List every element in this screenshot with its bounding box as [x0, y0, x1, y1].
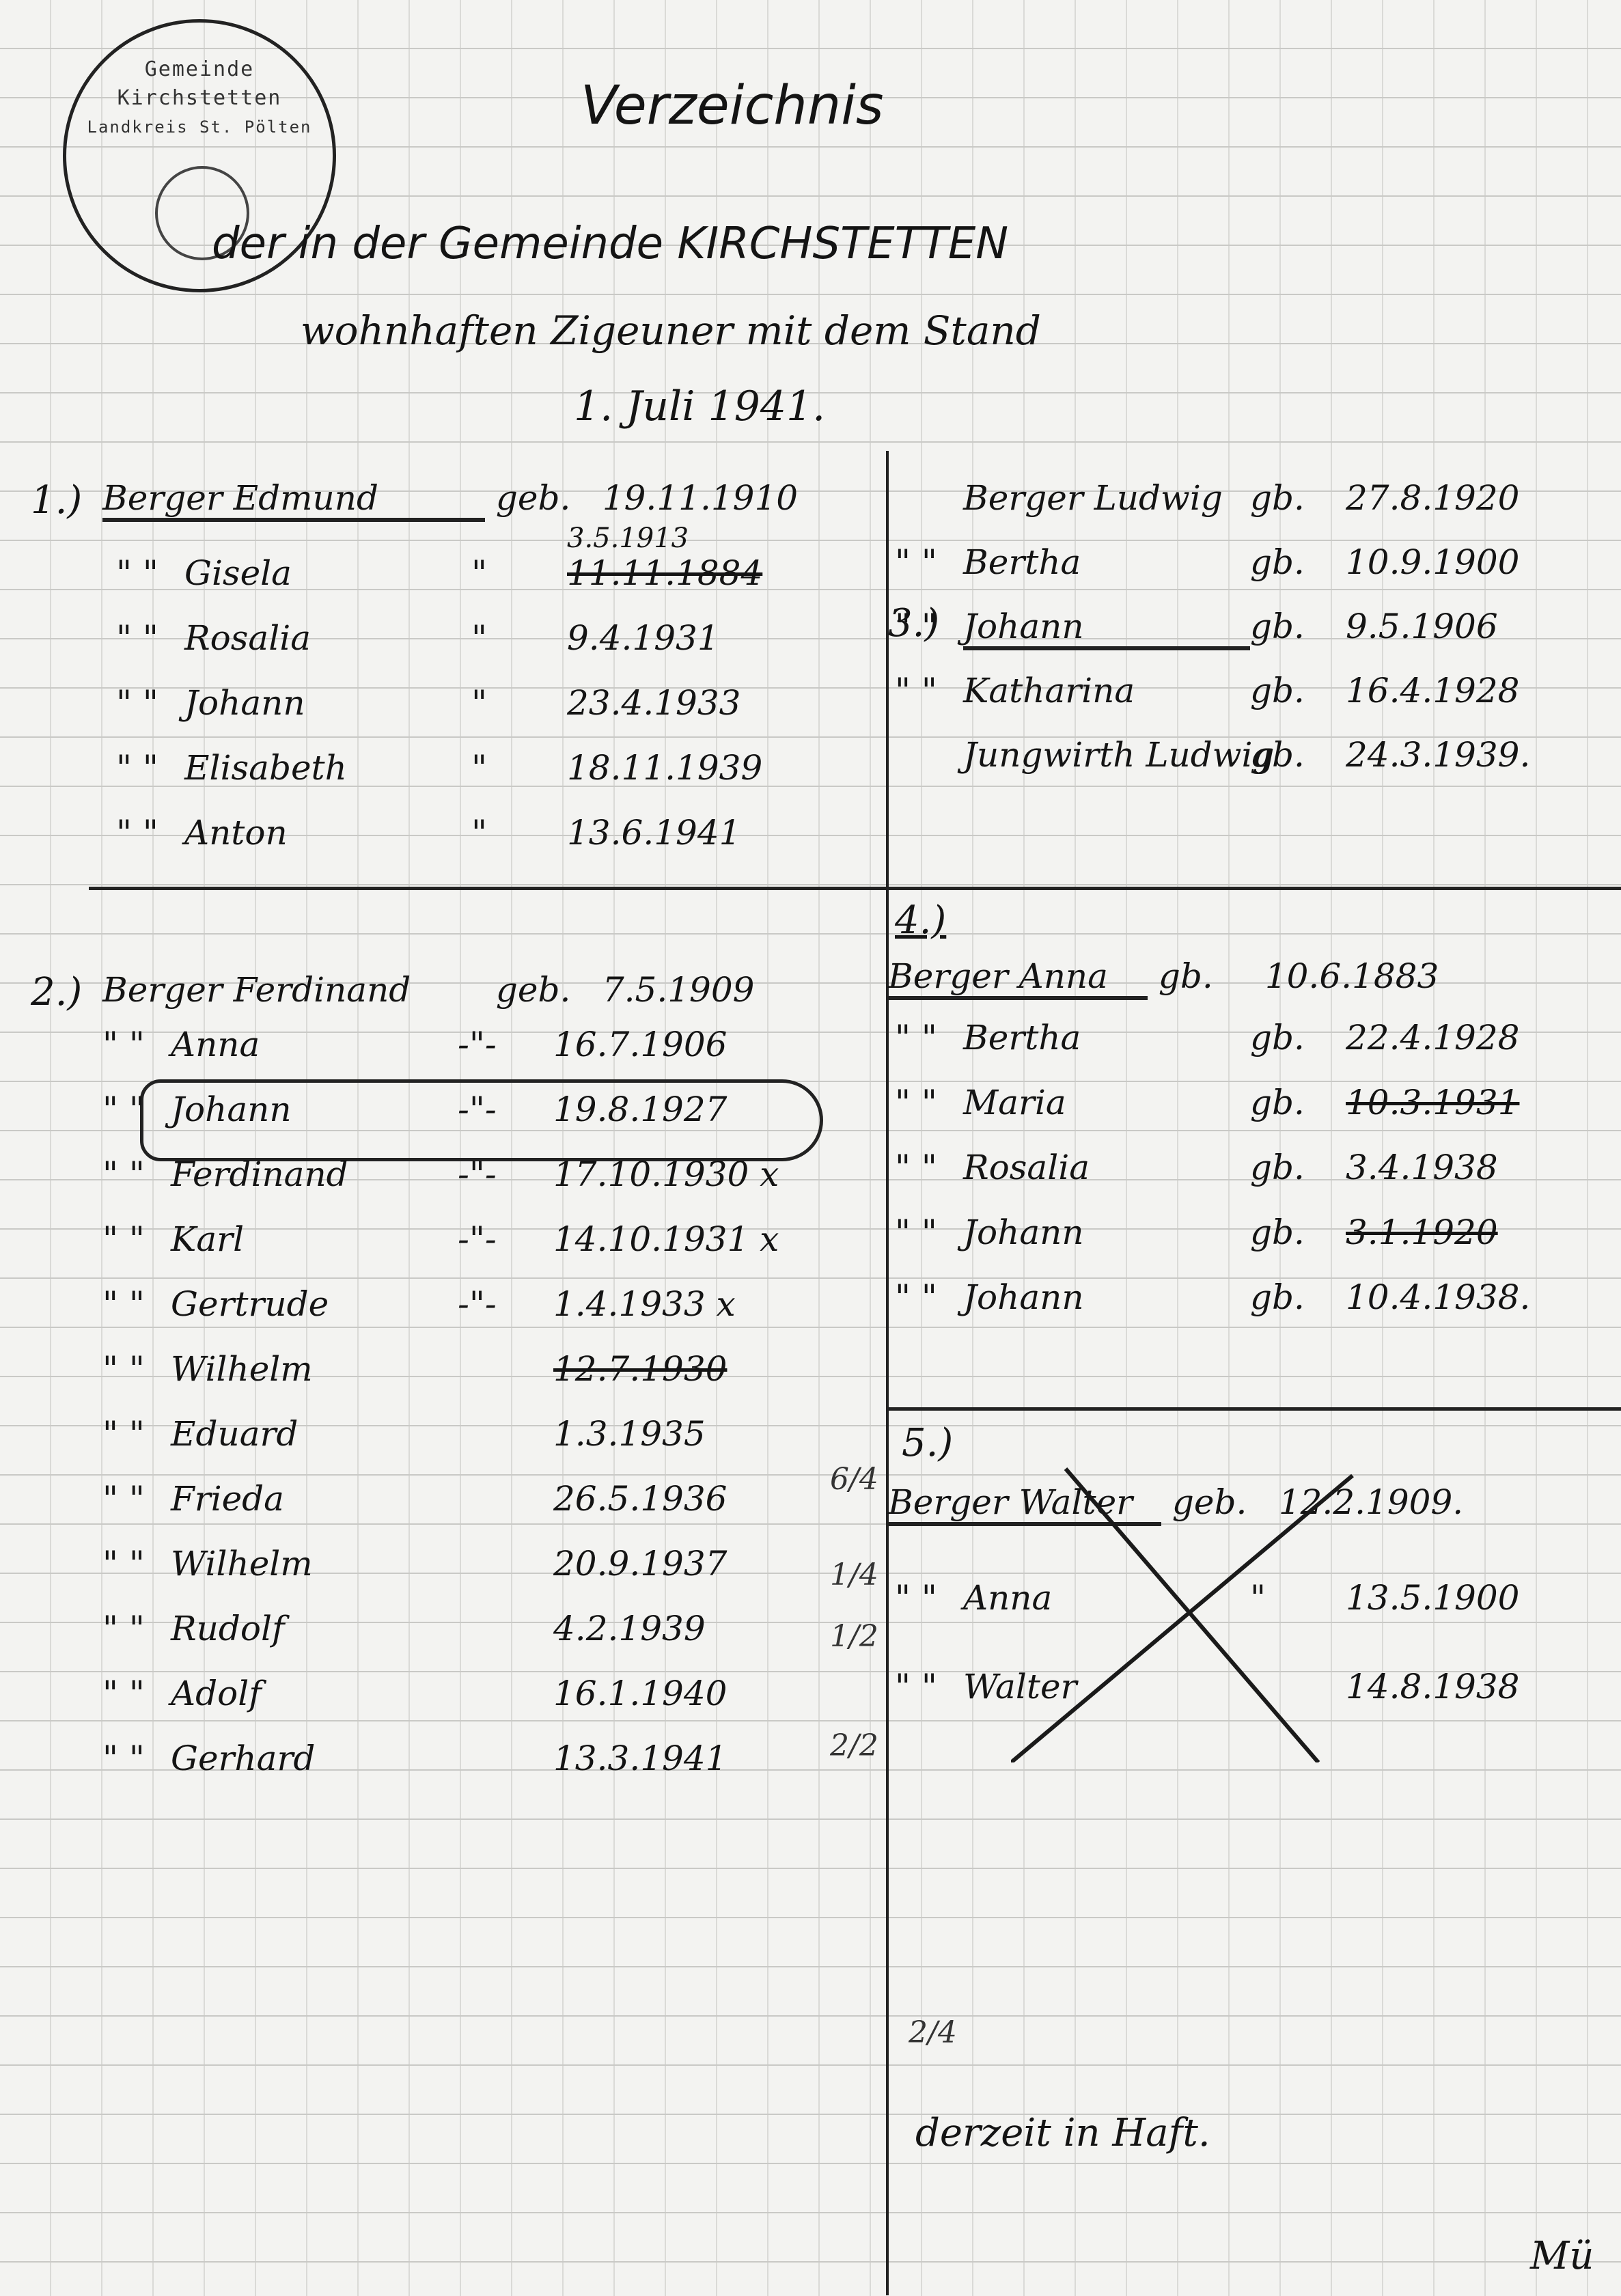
member-name: Maria	[963, 1083, 1250, 1122]
member-date: 26.5.1936	[553, 1479, 727, 1519]
family-1-correction: 3.5.1913	[567, 523, 689, 554]
member-row: " "Berthagb.22.4.1928	[895, 1018, 1519, 1057]
member-born-label: gb.	[1250, 735, 1346, 775]
member-ditto: " "	[102, 1219, 171, 1259]
member-born-label: -"-	[458, 1284, 553, 1324]
member-row: " "Eduard1.3.1935	[102, 1414, 706, 1454]
member-born-label: -"-	[458, 1154, 553, 1194]
member-ditto: " "	[895, 1018, 963, 1057]
member-name: Katharina	[963, 671, 1250, 710]
member-ditto: " "	[102, 1154, 171, 1194]
member-name: Anna	[171, 1025, 458, 1064]
member-name: Rosalia	[963, 1148, 1250, 1187]
cross-out-mark	[1011, 1462, 1366, 1762]
member-born-label: "	[471, 748, 567, 788]
member-ditto: " "	[116, 748, 184, 788]
member-born-label: gb.	[1250, 1018, 1346, 1057]
member-date: 16.1.1940	[553, 1674, 727, 1713]
member-ditto: " "	[895, 1083, 963, 1122]
family-1-head: Berger Edmund geb. 19.11.1910	[102, 478, 798, 522]
header-date: 1. Juli 1941.	[574, 383, 825, 430]
member-born-label: gb.	[1250, 542, 1346, 582]
member-ditto: " "	[116, 813, 184, 853]
member-date: 14.8.1938	[1346, 1667, 1519, 1706]
member-ditto: " "	[102, 1544, 171, 1583]
member-row: Berger Ludwiggb.27.8.1920	[895, 478, 1519, 518]
member-date: 9.4.1931	[567, 618, 719, 658]
member-name: Berger Ludwig	[963, 478, 1250, 518]
member-row: " "Gisela"11.11.1884	[116, 553, 762, 593]
member-row: " "Gerhard13.3.1941	[102, 1739, 727, 1778]
header-line-2: der in der Gemeinde KIRCHSTETTEN	[212, 219, 1008, 269]
member-row: " "Rosalia"9.4.1931	[116, 618, 719, 658]
member-name: Elisabeth	[184, 748, 471, 788]
member-ditto: " "	[102, 1349, 171, 1389]
member-name: Johann	[184, 683, 471, 723]
member-born-label: gb.	[1250, 1213, 1346, 1252]
member-ditto: " "	[102, 1284, 171, 1324]
member-born-label: -"-	[458, 1090, 553, 1129]
member-name: Ferdinand	[171, 1154, 458, 1194]
row-divider-2	[886, 1407, 1621, 1411]
member-date: 13.6.1941	[567, 813, 740, 853]
family-2-number: 2.)	[31, 970, 82, 1014]
member-row: " "Gertrude-"-1.4.1933 x	[102, 1284, 736, 1324]
member-ditto: " "	[895, 671, 963, 710]
member-born-label: -"-	[458, 1219, 553, 1259]
member-ditto: " "	[895, 1277, 963, 1317]
member-ditto: " "	[102, 1739, 171, 1778]
member-row: " "Johanngb.10.4.1938.	[895, 1277, 1530, 1317]
member-row: " "Elisabeth"18.11.1939	[116, 748, 762, 788]
member-ditto: " "	[895, 1148, 963, 1187]
margin-note-3: 1/2	[830, 1619, 878, 1654]
member-date: 20.9.1937	[553, 1544, 727, 1583]
member-name: Adolf	[171, 1674, 458, 1713]
member-born-label: gb.	[1250, 1277, 1346, 1317]
member-name: Frieda	[171, 1479, 458, 1519]
member-name: Anton	[184, 813, 471, 853]
member-born-label: gb.	[1250, 671, 1346, 710]
member-ditto: " "	[895, 1213, 963, 1252]
member-name: Johann	[963, 607, 1250, 650]
member-born-label: gb.	[1250, 607, 1346, 646]
member-name: Wilhelm	[171, 1349, 458, 1389]
member-row: Jungwirth Ludwiggb.24.3.1939.	[895, 735, 1530, 775]
member-date: 4.2.1939	[553, 1609, 706, 1648]
member-name: Karl	[171, 1219, 458, 1259]
member-ditto: " "	[102, 1090, 171, 1129]
member-ditto: " "	[895, 607, 963, 646]
member-born-label: gb.	[1250, 1083, 1346, 1122]
member-row: " "Wilhelm12.7.1930	[102, 1349, 727, 1389]
family-1-number: 1.)	[31, 478, 82, 523]
footer-fraction: 2/4	[909, 2015, 957, 2050]
member-date: 10.9.1900	[1346, 542, 1519, 582]
member-ditto: " "	[116, 618, 184, 658]
row-divider-1	[89, 887, 1621, 890]
member-born-label: gb.	[1250, 478, 1346, 518]
member-name: Gerhard	[171, 1739, 458, 1778]
member-date: 13.5.1900	[1346, 1578, 1519, 1618]
member-date: 24.3.1939.	[1346, 735, 1530, 775]
member-born-label: "	[471, 683, 567, 723]
member-ditto: " "	[102, 1479, 171, 1519]
member-date: 22.4.1928	[1346, 1018, 1519, 1057]
member-name: Bertha	[963, 542, 1250, 582]
member-ditto: " "	[102, 1025, 171, 1064]
member-row: " "Karl-"-14.10.1931 x	[102, 1219, 779, 1259]
member-date: 11.11.1884	[567, 553, 762, 593]
member-row: " "Johanngb.3.1.1920	[895, 1213, 1498, 1252]
member-name: Eduard	[171, 1414, 458, 1454]
member-date: 19.8.1927	[553, 1090, 727, 1129]
member-date: 23.4.1933	[567, 683, 740, 723]
member-date: 12.7.1930	[553, 1349, 727, 1389]
member-born-label: -"-	[458, 1025, 553, 1064]
member-date: 14.10.1931 x	[553, 1219, 779, 1259]
member-name: Gisela	[184, 553, 471, 593]
column-divider	[886, 451, 889, 2295]
member-date: 16.7.1906	[553, 1025, 727, 1064]
member-born-label: gb.	[1250, 1148, 1346, 1187]
member-born-label: "	[471, 553, 567, 593]
member-name: Johann	[963, 1277, 1250, 1317]
member-name: Gertrude	[171, 1284, 458, 1324]
signature: Mü	[1530, 2234, 1594, 2278]
member-ditto: " "	[895, 542, 963, 582]
member-ditto: " "	[102, 1414, 171, 1454]
stamp-line-1: Gemeinde	[66, 55, 333, 84]
member-row: " "Katharinagb.16.4.1928	[895, 671, 1519, 710]
member-name: Rosalia	[184, 618, 471, 658]
document-title: Verzeichnis	[581, 75, 884, 137]
member-row: " "Johanngb.9.5.1906	[895, 607, 1498, 650]
member-born-label: "	[471, 618, 567, 658]
member-date: 10.4.1938.	[1346, 1277, 1530, 1317]
member-row: " "Wilhelm20.9.1937	[102, 1544, 727, 1583]
member-date: 1.3.1935	[553, 1414, 706, 1454]
member-row: " "Berthagb.10.9.1900	[895, 542, 1519, 582]
member-name: Wilhelm	[171, 1544, 458, 1583]
member-date: 27.8.1920	[1346, 478, 1519, 518]
family-4-head: Berger Anna gb. 10.6.1883	[888, 956, 1439, 1000]
header-line-3: wohnhaften Zigeuner mit dem Stand	[301, 307, 1041, 354]
member-row: " "Johann-"-19.8.1927	[102, 1090, 727, 1129]
member-date: 10.3.1931	[1346, 1083, 1519, 1122]
member-row: " "Johann"23.4.1933	[116, 683, 740, 723]
member-ditto: " "	[116, 553, 184, 593]
family-5-number: 5.)	[902, 1421, 953, 1465]
member-name: Johann	[963, 1213, 1250, 1252]
member-date: 9.5.1906	[1346, 607, 1498, 646]
member-date: 3.1.1920	[1346, 1213, 1498, 1252]
member-ditto: " "	[895, 1667, 963, 1706]
stamp-line-2: Kirchstetten	[66, 84, 333, 113]
stamp-line-3: Landkreis St. Pölten	[66, 113, 333, 141]
member-date: 16.4.1928	[1346, 671, 1519, 710]
member-date: 3.4.1938	[1346, 1148, 1498, 1187]
member-row: " "Mariagb.10.3.1931	[895, 1083, 1519, 1122]
family-4-number: 4.)	[895, 898, 946, 943]
member-row: " "Ferdinand-"-17.10.1930 x	[102, 1154, 779, 1194]
member-name: Johann	[171, 1090, 458, 1129]
member-name: Bertha	[963, 1018, 1250, 1057]
member-row: " "Frieda26.5.1936	[102, 1479, 727, 1519]
member-ditto: " "	[102, 1674, 171, 1713]
member-row: " "Rosaliagb.3.4.1938	[895, 1148, 1498, 1187]
member-row: " "Adolf16.1.1940	[102, 1674, 727, 1713]
member-name: Rudolf	[171, 1609, 458, 1648]
member-row: " "Anna-"-16.7.1906	[102, 1025, 727, 1064]
member-born-label: "	[471, 813, 567, 853]
member-date: 1.4.1933 x	[553, 1284, 736, 1324]
footer-note: derzeit in Haft.	[915, 2111, 1210, 2155]
margin-note-2: 1/4	[830, 1558, 878, 1592]
margin-note-1: 6/4	[830, 1462, 878, 1497]
margin-note-4: 2/2	[830, 1728, 878, 1763]
member-row: " "Rudolf4.2.1939	[102, 1609, 706, 1648]
member-date: 17.10.1930 x	[553, 1154, 779, 1194]
member-date: 13.3.1941	[553, 1739, 727, 1778]
member-name: Jungwirth Ludwig	[963, 735, 1250, 775]
member-row: " "Anton"13.6.1941	[116, 813, 740, 853]
member-ditto: " "	[102, 1609, 171, 1648]
member-date: 18.11.1939	[567, 748, 762, 788]
family-2-head: Berger Ferdinand geb. 7.5.1909	[102, 970, 754, 1010]
member-ditto: " "	[895, 1578, 963, 1618]
member-ditto: " "	[116, 683, 184, 723]
